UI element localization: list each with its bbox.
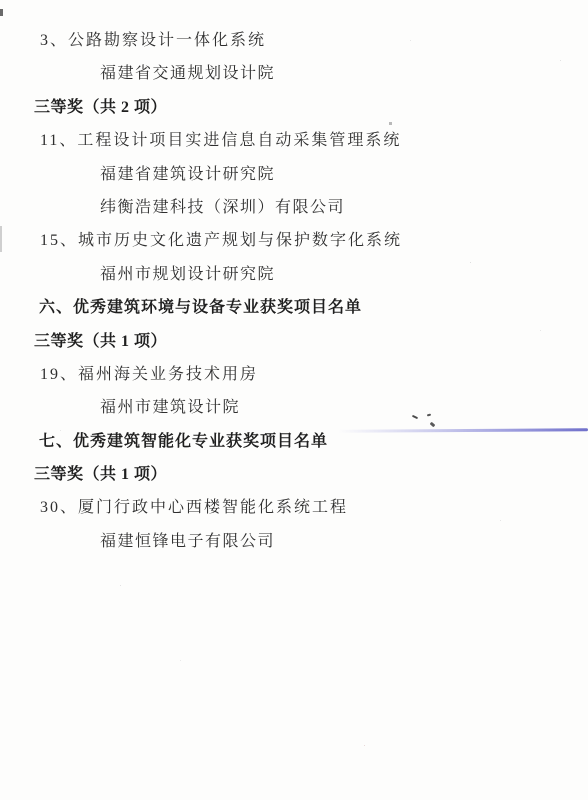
organization-line: 福建恒锋电子有限公司 <box>0 525 588 558</box>
project-item-line: 3、公路勘察设计一体化系统 <box>0 24 588 57</box>
scan-noise <box>0 0 1 1</box>
scan-artifact <box>0 9 3 16</box>
award-grade-line: 三等奖（共 1 项） <box>0 458 588 491</box>
organization-line: 福建省交通规划设计院 <box>0 57 588 90</box>
project-item-line: 30、厦门行政中心西楼智能化系统工程 <box>0 491 588 524</box>
project-item-line: 15、城市历史文化遗产规划与保护数字化系统 <box>0 224 588 257</box>
award-list: 3、公路勘察设计一体化系统福建省交通规划设计院三等奖（共 2 项）11、工程设计… <box>0 24 588 558</box>
project-item-line: 11、工程设计项目实进信息自动采集管理系统 <box>0 124 588 157</box>
organization-line: 福建省建筑设计研究院 <box>0 158 588 191</box>
organization-line: 纬衡浩建科技（深圳）有限公司 <box>0 191 588 224</box>
award-grade-line: 三等奖（共 1 项） <box>0 325 588 358</box>
award-grade-line: 三等奖（共 2 项） <box>0 91 588 124</box>
scanned-document-page: 3、公路勘察设计一体化系统福建省交通规划设计院三等奖（共 2 项）11、工程设计… <box>0 0 588 800</box>
scan-artifact <box>0 226 2 252</box>
section-heading-line: 六、优秀建筑环境与设备专业获奖项目名单 <box>0 291 588 324</box>
organization-line: 福州市建筑设计院 <box>0 391 588 424</box>
project-item-line: 19、福州海关业务技术用房 <box>0 358 588 391</box>
organization-line: 福州市规划设计研究院 <box>0 258 588 291</box>
